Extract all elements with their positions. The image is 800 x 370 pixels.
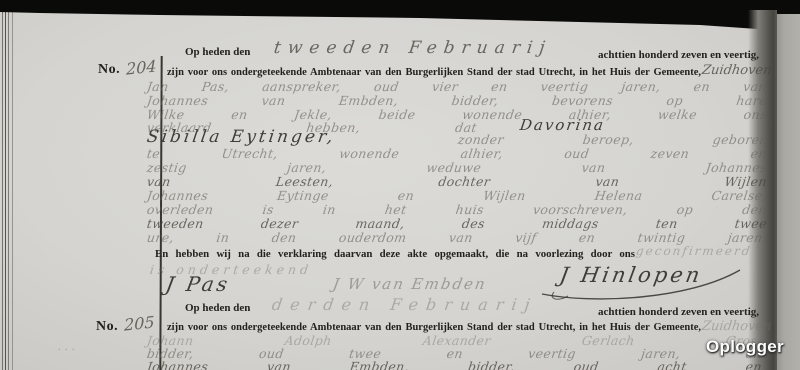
printed-ambtenaar-line: zijn voor ons ondergeteekende Ambtenaar … [167, 67, 701, 78]
handwritten-line: tweeden dezer maand, des middags ten twe… [146, 217, 768, 230]
handwritten-line: Johannes Eytinge en Wijlen Helena Carels… [146, 189, 768, 202]
printed-op-heden: Op heden den [185, 302, 250, 314]
handwritten-line: Johannes van Embden, bidder, bevorens op… [146, 94, 768, 107]
handwritten-line: overleden is in het huis voorschreven, o… [146, 203, 768, 216]
document-page: No. 204 Op heden den tweeden Februarij a… [0, 0, 800, 370]
record-number-value: 205 [124, 312, 154, 334]
handwritten-line: ure, in den ouderdom van vijf en twintig… [146, 231, 768, 244]
handwritten-line: Jan Pas, aanspreker, oud vier en veertig… [146, 80, 768, 93]
printed-ambtenaar-line: zijn voor ons ondergeteekende Ambtenaar … [167, 322, 701, 333]
page-edge-line [5, 11, 6, 370]
signature-j-pas: J Pas [164, 272, 232, 296]
printed-op-heden: Op heden den [185, 46, 250, 58]
signature-van-embden: J W van Embden [331, 275, 488, 293]
handwritten-line: Johannes van Embden, bidder, oud acht en [146, 360, 763, 370]
printed-year: achttien honderd zeven en veertig, [598, 49, 759, 61]
margin-marks: . . . [57, 340, 76, 353]
handwritten-date: tweeden Februarij [273, 38, 553, 58]
handwritten-line: zestig jaren, weduwe van Johannes [146, 161, 768, 174]
handwritten-line: zonder beroep, geboren [457, 133, 769, 146]
handwritten-date: derden Februarij [271, 295, 539, 314]
handwritten-gemeente: Zuidhoven [701, 63, 773, 78]
page-edge-line [8, 11, 9, 370]
record-number-value: 204 [126, 56, 156, 78]
handwritten-gemeente: Zuidhoven [701, 319, 773, 334]
signature-flourish [538, 252, 748, 304]
handwritten-name: Sibilla Eytinger, [146, 127, 337, 147]
page-edge-line [12, 11, 13, 370]
record-number-label: No. [96, 319, 118, 335]
handwritten-line: te Utrecht, wonende alhier, oud zeven en [146, 147, 768, 160]
printed-year: achttien honderd zeven en veertig, [598, 306, 759, 318]
oplogger-watermark: Oplogger [706, 337, 784, 357]
page-edge-line [2, 11, 3, 370]
handwritten-line: van Leesten, dochter van Wijlen [146, 175, 768, 188]
adjacent-page-edge [777, 14, 800, 370]
record-number-label: No. [98, 62, 120, 78]
